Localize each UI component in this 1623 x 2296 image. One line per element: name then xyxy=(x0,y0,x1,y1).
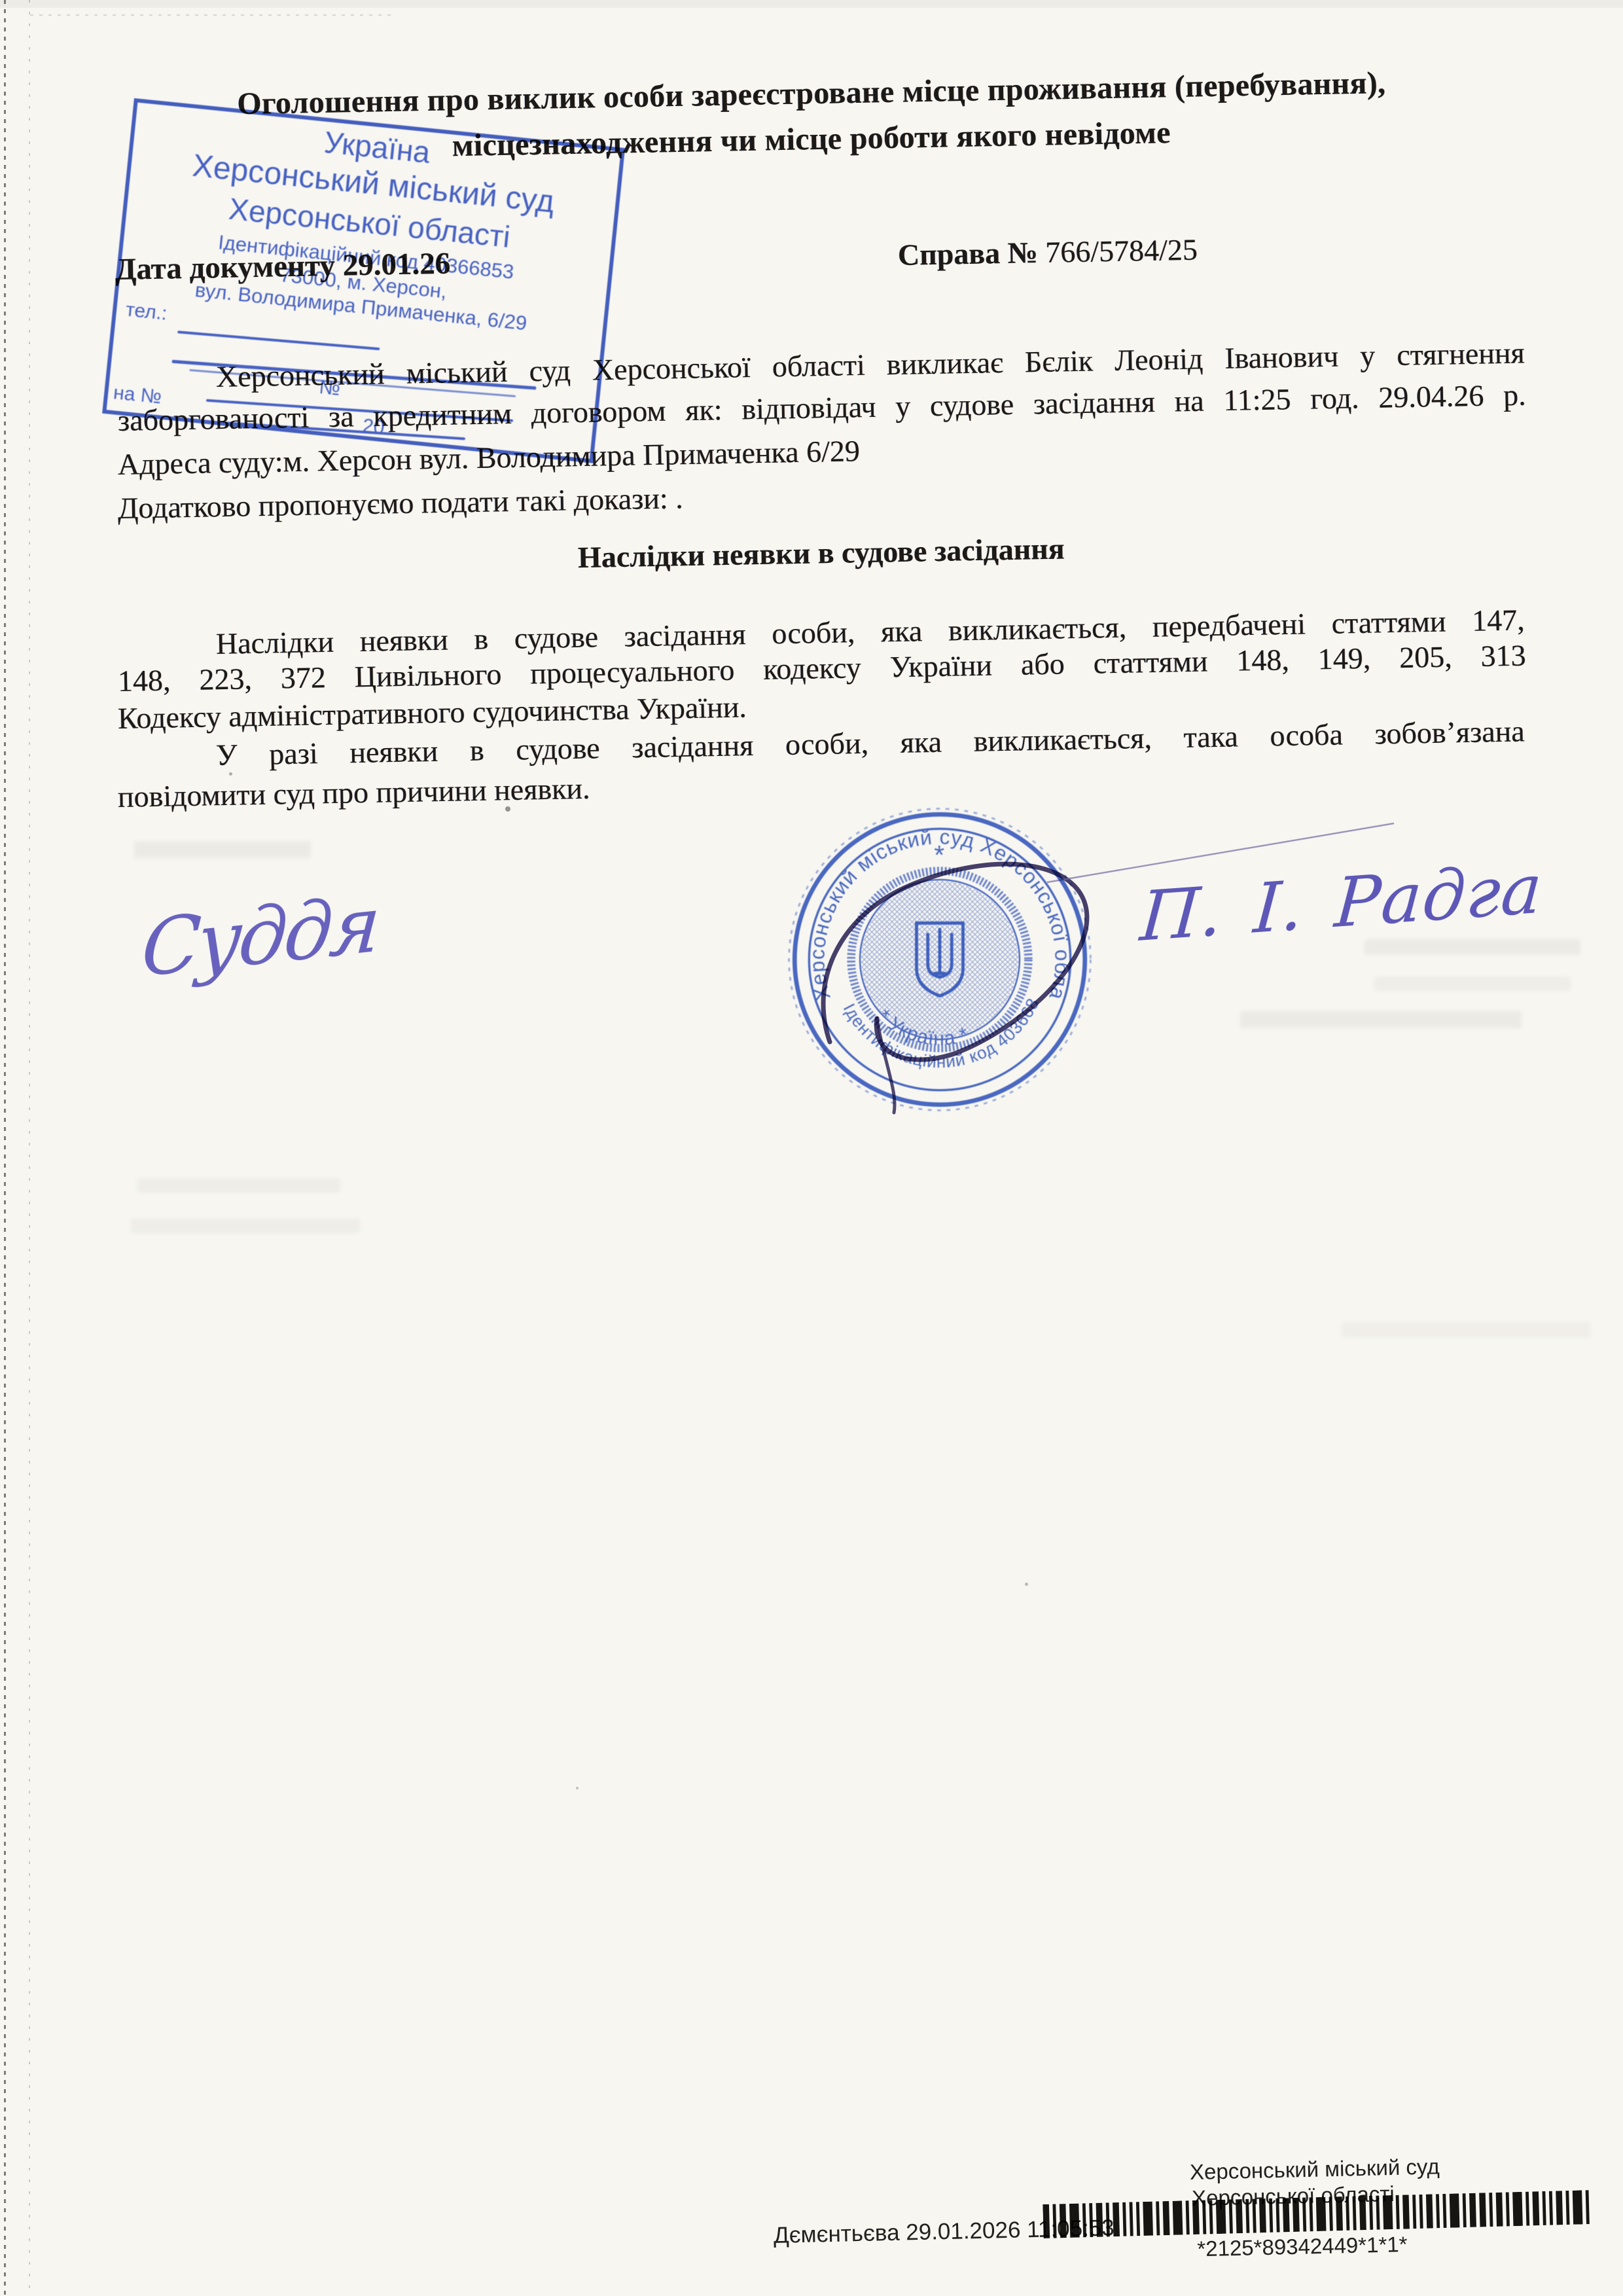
bleedthrough-smudge xyxy=(1374,977,1571,991)
ink-speck xyxy=(1025,1583,1028,1586)
case-label: Справа № xyxy=(898,236,1039,272)
barcode xyxy=(1043,2190,1593,2238)
case-number: 766/5784/25 xyxy=(1045,233,1198,269)
body-p2-line3: Кодексу адміністративного судочинства Ук… xyxy=(118,691,747,734)
body-heading: Наслідки неявки в судове засідання xyxy=(118,525,1525,583)
bleedthrough-smudge xyxy=(134,841,311,858)
bleedthrough-smudge xyxy=(1342,1322,1590,1338)
bleedthrough-smudge xyxy=(137,1178,340,1193)
bleedthrough-smudge xyxy=(1364,939,1580,955)
barcode-bars xyxy=(1043,2190,1593,2238)
scan-edge-line-faint xyxy=(29,0,30,2296)
scan-top-band xyxy=(0,0,1623,8)
body-p1-line4: Додатково пропонуємо подати такі докази:… xyxy=(118,482,684,524)
document-date-line: Дата документу 29.01.26 xyxy=(115,248,451,287)
body-p1-line3: Адреса суду:м. Херсон вул. Володимира Пр… xyxy=(118,435,861,480)
official-round-seal: Херсонський міський суд Херсонської обла… xyxy=(783,802,1097,1117)
scanned-court-document: { "document": { "title_line1": "Оголошен… xyxy=(0,0,1623,2296)
ink-speck xyxy=(505,806,510,812)
seal-top-star: * xyxy=(934,840,944,870)
body-p3-line2: повідомити суд про причини неявки. xyxy=(118,773,590,814)
scan-edge-line xyxy=(4,0,6,2296)
bleedthrough-smudge xyxy=(1240,1011,1522,1028)
bleedthrough-smudge xyxy=(131,1219,360,1233)
stamp-rule xyxy=(177,331,380,350)
ink-speck xyxy=(576,1787,579,1789)
scan-top-dotted-line xyxy=(30,14,397,16)
barcode-text: *2125*89342449*1*1* xyxy=(1178,2231,1427,2262)
footer-court-line1: Херсонський міський суд xyxy=(1190,2155,1397,2185)
ink-speck xyxy=(229,772,232,776)
stamp-tel-label: тел.: xyxy=(125,298,168,325)
judge-signature-left-handwriting: Суддя xyxy=(139,878,380,995)
case-number-line: Справа № 766/5784/25 xyxy=(898,234,1198,272)
